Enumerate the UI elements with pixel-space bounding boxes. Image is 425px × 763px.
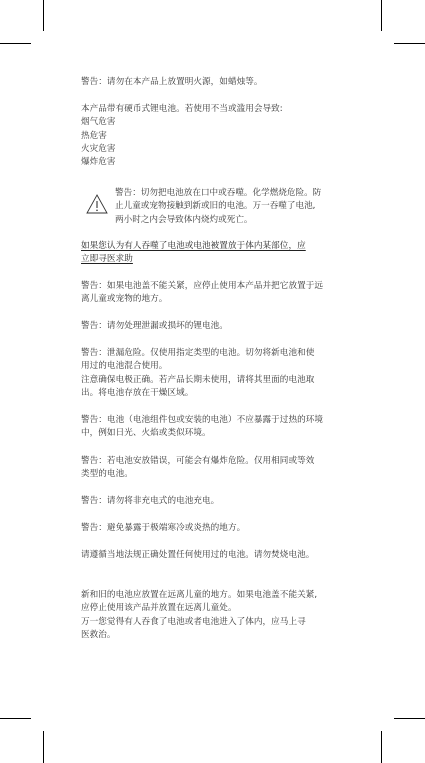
- crop-mark-bottom-left-horizontal: [0, 718, 31, 719]
- hazard-explosion: 爆炸危害: [81, 156, 351, 169]
- warning-open-flame: 警告：请勿在本产品上放置明火源，如蜡烛等。: [81, 76, 351, 89]
- keep-away-from-children: 新和旧的电池应放置在远离儿童的地方。如果电池盖不能关紧, 应停止使用该产品并放置…: [81, 589, 351, 642]
- hazard-fire: 火灾危害: [81, 143, 351, 156]
- crop-mark-top-left-vertical: [43, 0, 44, 31]
- warning-leaking: 警告：请勿处理泄漏或损坏的锂电池。: [81, 320, 351, 333]
- crop-mark-top-right-horizontal: [394, 43, 425, 44]
- warning-extreme-temp: 警告：避免暴露于极端寒冷或炎热的地方。: [81, 522, 351, 535]
- warning-cover-not-closing: 警告：如果电池盖不能关紧，应停止使用本产品并把它放置于远 离儿童或宠物的地方。: [81, 280, 351, 307]
- warning-wrong-install: 警告：若电池安放错误，可能会有爆炸危险。仅用相同或等效 类型的电池。: [81, 455, 351, 482]
- warning-no-recharge: 警告：请勿将非充电式的电池充电。: [81, 495, 351, 508]
- crop-mark-bottom-right-vertical: [381, 731, 382, 763]
- warning-leak-risk: 警告：泄漏危险。仅使用指定类型的电池。切勿将新电池和使 用过的电池混合使用。 注…: [81, 347, 351, 400]
- coin-battery-hazards: 本产品带有硬币式锂电池。若使用不当或滥用会导致: 烟气危害 热危害 火灾危害 爆…: [81, 103, 351, 169]
- warning-triangle-icon: [86, 194, 108, 214]
- disposal-notice: 请遵循当地法规正确处置任何使用过的电池。请勿焚烧电池。: [81, 549, 351, 562]
- seek-medical-help: 如果您认为有人吞噬了电池或电池被置放于体内某部位，应 立即寻医求助: [81, 240, 351, 267]
- hazards-intro: 本产品带有硬币式锂电池。若使用不当或滥用会导致:: [81, 103, 351, 116]
- warning-heat-exposure: 警告：电池（电池组件包或安装的电池）不应暴露于过热的环境 中，例如日光、火焰或类…: [81, 414, 351, 441]
- hazard-heat: 热危害: [81, 130, 351, 143]
- hazard-smoke: 烟气危害: [81, 116, 351, 129]
- crop-mark-top-right-vertical: [381, 0, 382, 31]
- crop-mark-top-left-horizontal: [0, 43, 31, 44]
- crop-mark-bottom-right-horizontal: [394, 718, 425, 719]
- crop-mark-bottom-left-vertical: [43, 731, 44, 763]
